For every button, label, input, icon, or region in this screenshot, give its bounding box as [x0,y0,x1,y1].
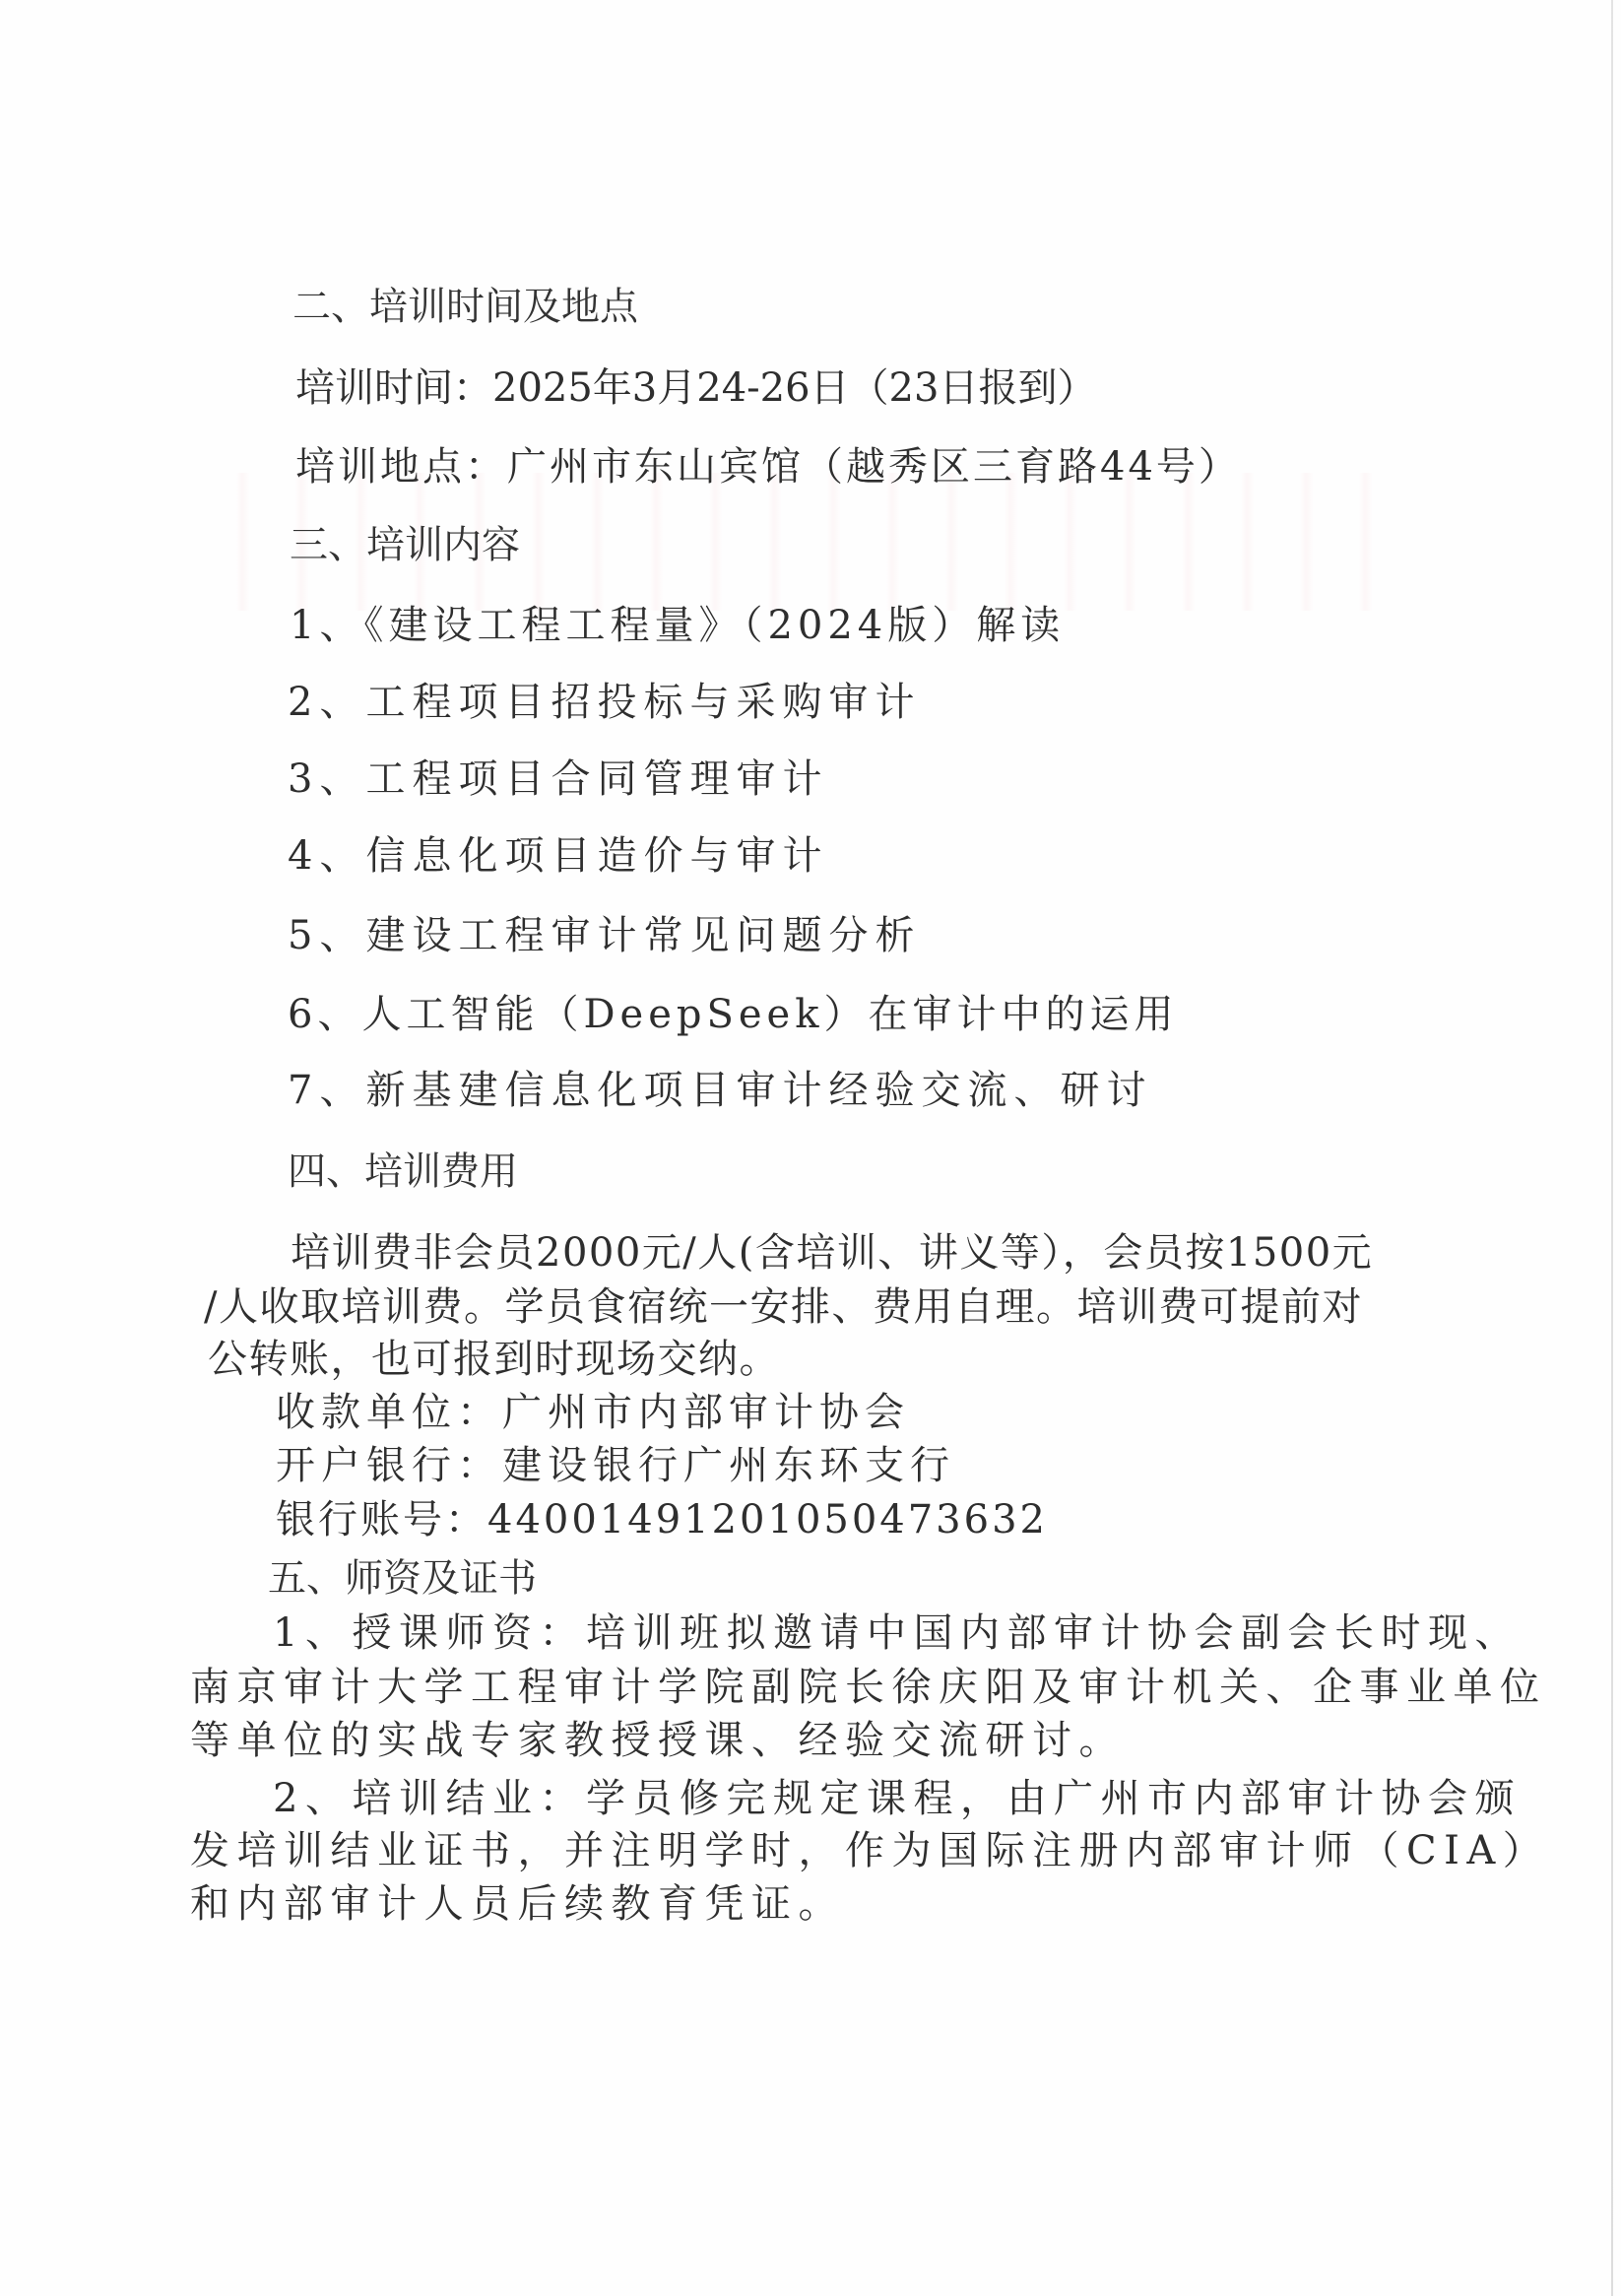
certificate-paragraph-line-1: 2、培训结业：学员修完规定课程，由广州市内部审计协会颁 [273,1779,1522,1818]
document-page: 二、培训时间及地点 培训时间：2025年3月24-26日（23日报到） 培训地点… [0,0,1621,2296]
content-item-5: 5、建设工程审计常见问题分析 [288,916,921,955]
certificate-paragraph-line-3: 和内部审计人员后续教育凭证。 [190,1884,845,1924]
section-heading-time-place: 二、培训时间及地点 [292,289,638,327]
faculty-paragraph-line-3: 等单位的实战专家教授授课、经验交流研讨。 [190,1721,1126,1760]
faculty-paragraph-line-2: 南京审计大学工程审计学院副院长徐庆阳及审计机关、企事业单位 [190,1668,1547,1707]
payee: 收款单位：广州市内部审计协会 [276,1393,910,1432]
training-time: 培训时间：2025年3月24-26日（23日报到） [295,368,1096,408]
bank-account: 银行账号：44001491201050473632 [276,1500,1048,1540]
content-item-7: 7、新基建信息化项目审计经验交流、研讨 [288,1071,1152,1110]
content-item-6: 6、人工智能（DeepSeek）在审计中的运用 [288,995,1178,1034]
training-place: 培训地点：广州市东山宾馆（越秀区三育路44号） [295,447,1241,487]
section-heading-content: 三、培训内容 [290,527,520,565]
content-item-4: 4、信息化项目造价与审计 [288,836,828,876]
fees-paragraph-line-2: /人收取培训费。学员食宿统一安排、费用自理。培训费可提前对 [204,1287,1363,1327]
faculty-paragraph-line-1: 1、授课师资：培训班拟邀请中国内部审计协会副会长时现、 [273,1613,1522,1653]
section-heading-fees: 四、培训费用 [288,1153,518,1192]
fees-paragraph-line-1: 培训费非会员2000元/人(含培训、讲义等），会员按1500元 [291,1233,1373,1273]
content-item-1: 1、《建设工程工程量》（2024版）解读 [290,606,1065,645]
fees-paragraph-line-3: 公转账，也可报到时现场交纳。 [208,1340,780,1379]
content-item-3: 3、工程项目合同管理审计 [288,759,828,799]
section-heading-faculty-certificate: 五、师资及证书 [268,1560,537,1599]
certificate-paragraph-line-2: 发培训结业证书，并注明学时，作为国际注册内部审计师（CIA） [190,1831,1549,1870]
bank-name: 开户银行：建设银行广州东环支行 [276,1446,955,1485]
content-item-2: 2、工程项目招投标与采购审计 [288,683,921,722]
scan-edge-line [1611,0,1613,2296]
